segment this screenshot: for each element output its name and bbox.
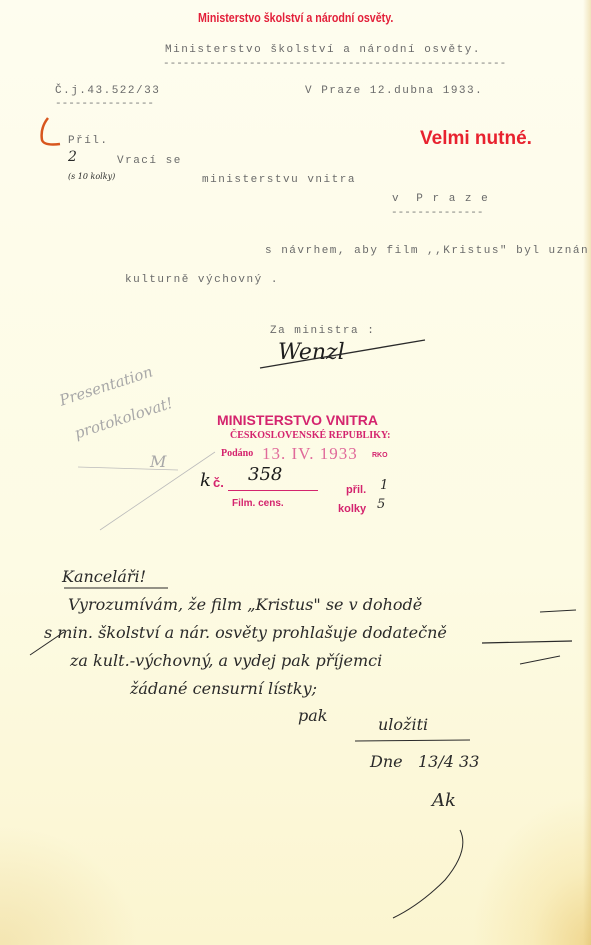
uloziti-underline xyxy=(355,740,470,741)
continuation-dash xyxy=(540,610,576,612)
ink-strokes xyxy=(0,0,591,945)
pencil-line xyxy=(78,467,178,470)
signature-flourish xyxy=(260,340,425,368)
margin-stroke xyxy=(30,632,64,655)
continuation-dash xyxy=(520,656,560,664)
emphasis-underline xyxy=(482,641,572,643)
initials-tail xyxy=(393,830,463,918)
document-page: Ministerstvo školství a národní osvěty. … xyxy=(0,0,591,945)
crayon-mark xyxy=(42,118,60,145)
pencil-line xyxy=(100,452,215,530)
